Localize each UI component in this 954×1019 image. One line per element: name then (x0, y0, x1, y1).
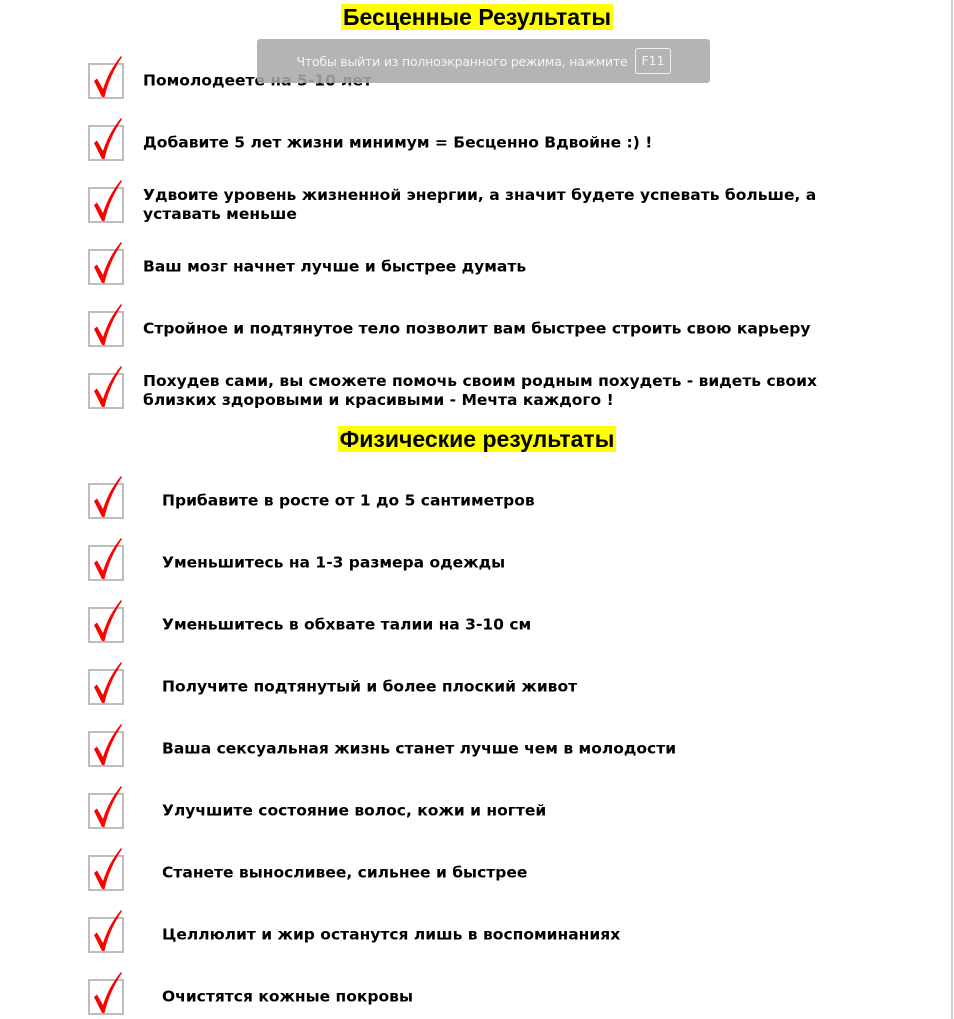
fullscreen-exit-notice: Чтобы выйти из полноэкранного режима, на… (257, 39, 710, 83)
checklist-item: Уменьшитесь на 1-3 размера одежды (88, 545, 848, 581)
section-title-physical-results: Физические результаты (0, 427, 954, 451)
red-checkmark-icon (91, 117, 125, 161)
red-checkmark-icon (91, 365, 125, 409)
red-checkmark-icon (91, 475, 125, 519)
red-checkmark-icon (91, 179, 125, 223)
f11-key-badge: F11 (635, 48, 670, 74)
red-checkmark-icon (91, 303, 125, 347)
checklist-item-text: Получите подтянутый и более плоский живо… (162, 678, 862, 697)
red-checkmark-icon (91, 661, 125, 705)
checklist-item: Ваш мозг начнет лучше и быстрее думать (88, 249, 848, 285)
page-edge-divider (951, 0, 953, 1019)
checklist-item-text: Прибавите в росте от 1 до 5 сантиметров (162, 492, 862, 511)
checklist-item: Ваша сексуальная жизнь станет лучше чем … (88, 731, 848, 767)
checklist-item: Прибавите в росте от 1 до 5 сантиметров (88, 483, 848, 519)
red-checkmark-icon (91, 55, 125, 99)
checklist-item-text: Уменьшитесь на 1-3 размера одежды (162, 554, 862, 573)
red-checkmark-icon (91, 599, 125, 643)
section-title-text: Бесценные Результаты (341, 4, 613, 30)
red-checkmark-icon (91, 971, 125, 1015)
red-checkmark-icon (91, 537, 125, 581)
checklist-item: Уменьшитесь в обхвате талии на 3-10 см (88, 607, 848, 643)
checklist-item-text: Похудев сами, вы сможете помочь своим ро… (143, 372, 843, 410)
checklist-item-text: Целлюлит и жир останутся лишь в воспомин… (162, 926, 862, 945)
red-checkmark-icon (91, 909, 125, 953)
checklist-item: Улучшите состояние волос, кожи и ногтей (88, 793, 848, 829)
checklist-item-text: Уменьшитесь в обхвате талии на 3-10 см (162, 616, 862, 635)
red-checkmark-icon (91, 241, 125, 285)
red-checkmark-icon (91, 847, 125, 891)
checklist-item: Получите подтянутый и более плоский живо… (88, 669, 848, 705)
section-title-priceless-results: Бесценные Результаты (0, 5, 954, 29)
red-checkmark-icon (91, 785, 125, 829)
checklist-item-text: Ваша сексуальная жизнь станет лучше чем … (162, 740, 862, 759)
checklist-item: Очистятся кожные покровы (88, 979, 848, 1015)
red-checkmark-icon (91, 723, 125, 767)
checklist-item: Удвоите уровень жизненной энергии, а зна… (88, 187, 848, 223)
checklist-item: Похудев сами, вы сможете помочь своим ро… (88, 373, 848, 409)
checklist-item-text: Очистятся кожные покровы (162, 988, 862, 1007)
checklist-item: Целлюлит и жир останутся лишь в воспомин… (88, 917, 848, 953)
checklist-item-text: Станете выносливее, сильнее и быстрее (162, 864, 862, 883)
checklist-item-text: Ваш мозг начнет лучше и быстрее думать (143, 258, 843, 277)
checklist-item-text: Стройное и подтянутое тело позволит вам … (143, 320, 843, 339)
fullscreen-notice-text: Чтобы выйти из полноэкранного режима, на… (296, 54, 627, 69)
checklist-item: Стройное и подтянутое тело позволит вам … (88, 311, 848, 347)
checklist-item-text: Улучшите состояние волос, кожи и ногтей (162, 802, 862, 821)
checklist-item: Добавите 5 лет жизни минимум = Бесценно … (88, 125, 848, 161)
checklist-item-text: Удвоите уровень жизненной энергии, а зна… (143, 186, 843, 224)
checklist-item: Станете выносливее, сильнее и быстрее (88, 855, 848, 891)
section-title-text: Физические результаты (338, 426, 617, 452)
checklist-item-text: Добавите 5 лет жизни минимум = Бесценно … (143, 134, 843, 153)
